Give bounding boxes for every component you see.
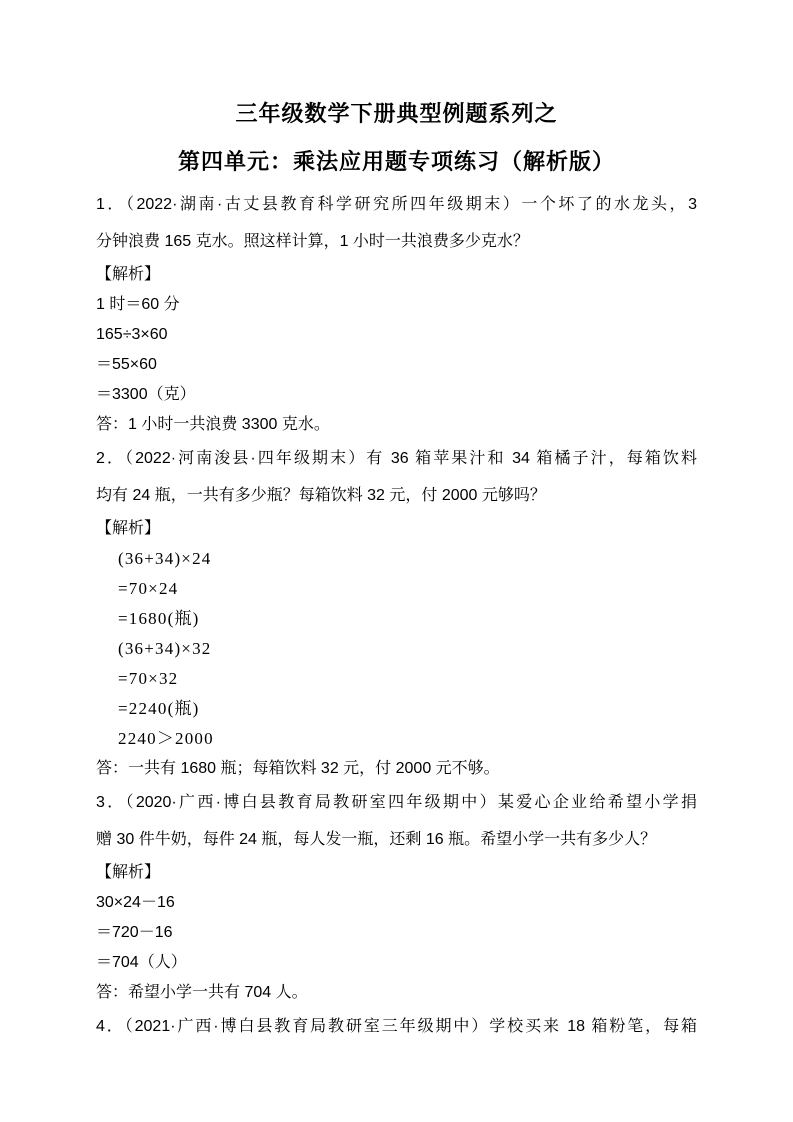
problem-3-step-3: ＝704（人） <box>96 948 697 978</box>
problem-3-answer: 答：希望小学一共有 704 人。 <box>96 978 697 1008</box>
problem-3-step-1: 30×24－16 <box>96 888 697 918</box>
problem-1-step-1: 1 时＝60 分 <box>96 290 697 320</box>
problem-2: 2．（2022·河南浚县·四年级期末）有 36 箱苹果汁和 34 箱橘子汁，每箱… <box>96 440 697 784</box>
doc-title-line-2: 第四单元：乘法应用题专项练习（解析版） <box>96 138 697 186</box>
problem-2-analysis-label: 【解析】 <box>96 514 697 544</box>
problem-1-answer: 答：1 小时一共浪费 3300 克水。 <box>96 410 697 440</box>
problem-4: 4．（2021·广西·博白县教育局教研室三年级期中）学校买来 18 箱粉笔，每箱 <box>96 1008 697 1045</box>
problem-1-step-3: ＝55×60 <box>96 350 697 380</box>
problem-3: 3．（2020·广西·博白县教育局教研室四年级期中）某爱心企业给希望小学捐 赠 … <box>96 784 697 1008</box>
problem-2-equation-5: =70×32 <box>118 664 697 694</box>
problem-2-answer: 答：一共有 1680 瓶；每箱饮料 32 元，付 2000 元不够。 <box>96 754 697 784</box>
problem-2-equation-3: =1680(瓶) <box>118 604 697 634</box>
problem-2-statement-line-1: 2．（2022·河南浚县·四年级期末）有 36 箱苹果汁和 34 箱橘子汁，每箱… <box>96 440 697 477</box>
problem-3-analysis-label: 【解析】 <box>96 858 697 888</box>
problem-1-step-2: 165÷3×60 <box>96 320 697 350</box>
problem-2-equation-6: =2240(瓶) <box>118 694 697 724</box>
problem-2-equation-1: (36+34)×24 <box>118 544 697 574</box>
problem-2-equation-4: (36+34)×32 <box>118 634 697 664</box>
problem-2-equation-2: =70×24 <box>118 574 697 604</box>
problem-2-statement-line-2: 均有 24 瓶，一共有多少瓶？每箱饮料 32 元，付 2000 元够吗？ <box>96 477 697 514</box>
problem-1-step-4: ＝3300（克） <box>96 380 697 410</box>
document-page: 三年级数学下册典型例题系列之 第四单元：乘法应用题专项练习（解析版） 1．（20… <box>0 0 793 1122</box>
problem-3-statement-line-2: 赠 30 件牛奶，每件 24 瓶，每人发一瓶，还剩 16 瓶。希望小学一共有多少… <box>96 821 697 858</box>
problem-4-statement-line-1: 4．（2021·广西·博白县教育局教研室三年级期中）学校买来 18 箱粉笔，每箱 <box>96 1008 697 1045</box>
problem-1-analysis-label: 【解析】 <box>96 260 697 290</box>
problem-1-statement-line-1: 1．（2022·湖南·古丈县教育科学研究所四年级期末）一个坏了的水龙头，3 <box>96 186 697 223</box>
problem-3-step-2: ＝720－16 <box>96 918 697 948</box>
problem-1-statement-line-2: 分钟浪费 165 克水。照这样计算，1 小时一共浪费多少克水？ <box>96 223 697 260</box>
problem-3-statement-line-1: 3．（2020·广西·博白县教育局教研室四年级期中）某爱心企业给希望小学捐 <box>96 784 697 821</box>
problem-2-equation-7: 2240＞2000 <box>118 724 697 754</box>
doc-title-line-1: 三年级数学下册典型例题系列之 <box>96 90 697 138</box>
problem-1: 1．（2022·湖南·古丈县教育科学研究所四年级期末）一个坏了的水龙头，3 分钟… <box>96 186 697 440</box>
